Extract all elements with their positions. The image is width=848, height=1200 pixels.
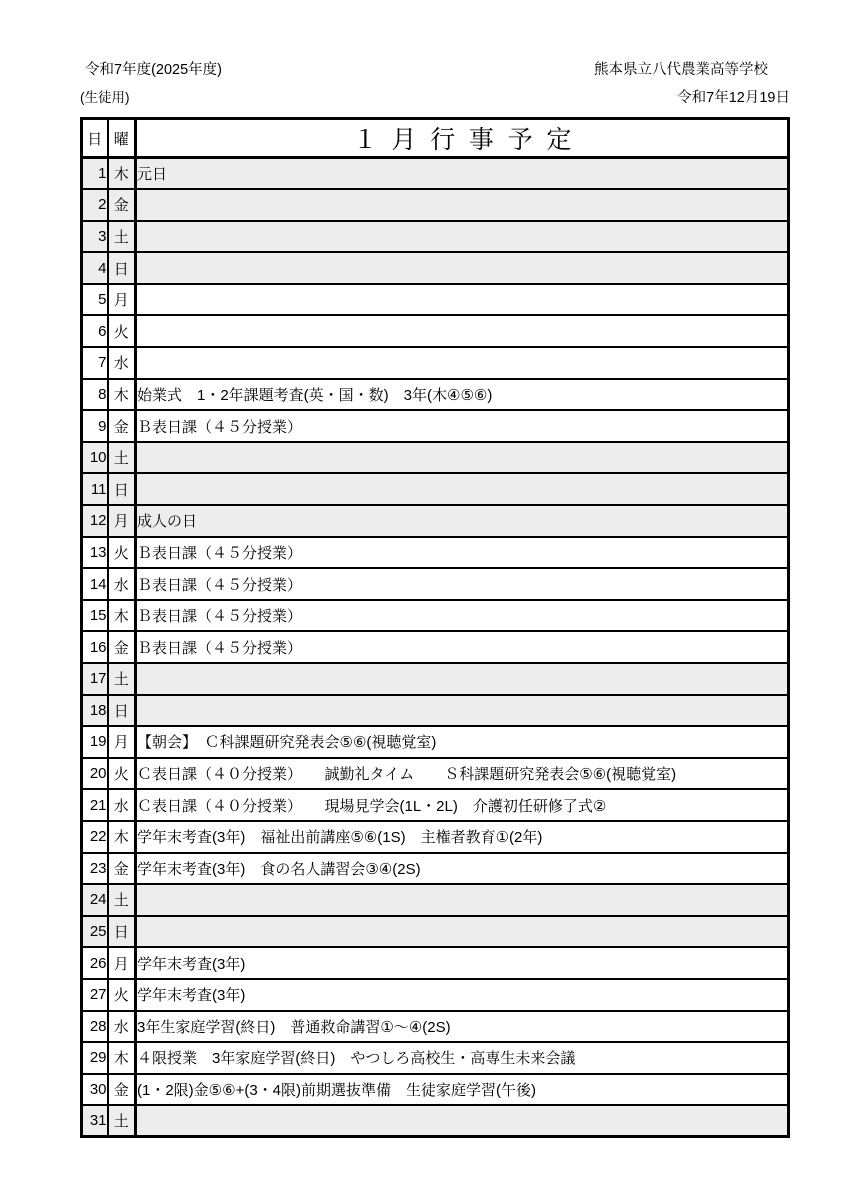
document-header: 令和7年度(2025年度) 熊本県立八代農業高等学校 (生徒用) 令和7年12月… <box>80 60 790 107</box>
event-cell: 3年生家庭学習(終日) 普通救命講習①～④(2S) <box>136 1011 789 1043</box>
weekday-cell: 月 <box>108 505 136 537</box>
day-column-header: 日 <box>82 119 108 158</box>
day-cell: 7 <box>82 347 108 379</box>
day-cell: 22 <box>82 821 108 853</box>
table-row: 15木Ｂ表日課（４５分授業） <box>82 600 789 632</box>
weekday-cell: 木 <box>108 821 136 853</box>
event-cell: Ｃ表日課（４０分授業） 現場見学会(1L・2L) 介護初任研修了式② <box>136 789 789 821</box>
weekday-cell: 土 <box>108 442 136 474</box>
event-cell: 【朝会】 Ｃ科課題研究発表会⑤⑥(視聴覚室) <box>136 726 789 758</box>
weekday-cell: 日 <box>108 473 136 505</box>
day-cell: 29 <box>82 1042 108 1074</box>
table-row: 11日 <box>82 473 789 505</box>
table-row: 3土 <box>82 221 789 253</box>
school-name: 熊本県立八代農業高等学校 <box>594 60 790 80</box>
event-cell <box>136 315 789 347</box>
day-cell: 26 <box>82 947 108 979</box>
weekday-cell: 木 <box>108 1042 136 1074</box>
day-cell: 31 <box>82 1105 108 1137</box>
table-row: 27火学年末考査(3年) <box>82 979 789 1011</box>
event-cell: Ｂ表日課（４５分授業） <box>136 568 789 600</box>
day-cell: 8 <box>82 379 108 411</box>
day-cell: 11 <box>82 473 108 505</box>
event-cell: Ｃ表日課（４０分授業） 誠勤礼タイム Ｓ科課題研究発表会⑤⑥(視聴覚室) <box>136 758 789 790</box>
weekday-cell: 火 <box>108 315 136 347</box>
weekday-cell: 月 <box>108 284 136 316</box>
event-cell: 学年末考査(3年) <box>136 979 789 1011</box>
event-cell: 学年末考査(3年) <box>136 947 789 979</box>
weekday-cell: 土 <box>108 1105 136 1137</box>
event-cell: 学年末考査(3年) 食の名人講習会③④(2S) <box>136 853 789 885</box>
table-row: 7水 <box>82 347 789 379</box>
day-cell: 24 <box>82 884 108 916</box>
day-cell: 12 <box>82 505 108 537</box>
day-cell: 19 <box>82 726 108 758</box>
table-row: 18日 <box>82 695 789 727</box>
event-cell: 元日 <box>136 158 789 190</box>
weekday-cell: 土 <box>108 884 136 916</box>
event-cell <box>136 916 789 948</box>
event-cell <box>136 252 789 284</box>
weekday-cell: 木 <box>108 379 136 411</box>
table-header-row: 日 曜 １月行事予定 <box>82 119 789 158</box>
day-cell: 10 <box>82 442 108 474</box>
day-cell: 3 <box>82 221 108 253</box>
day-cell: 20 <box>82 758 108 790</box>
day-cell: 18 <box>82 695 108 727</box>
event-cell: Ｂ表日課（４５分授業） <box>136 410 789 442</box>
weekday-cell: 金 <box>108 410 136 442</box>
event-cell <box>136 284 789 316</box>
weekday-cell: 金 <box>108 631 136 663</box>
event-cell: Ｂ表日課（４５分授業） <box>136 537 789 569</box>
weekday-cell: 月 <box>108 726 136 758</box>
table-row: 25日 <box>82 916 789 948</box>
table-row: 5月 <box>82 284 789 316</box>
day-cell: 15 <box>82 600 108 632</box>
event-cell: Ｂ表日課（４５分授業） <box>136 600 789 632</box>
table-row: 21水Ｃ表日課（４０分授業） 現場見学会(1L・2L) 介護初任研修了式② <box>82 789 789 821</box>
event-cell <box>136 1105 789 1137</box>
weekday-cell: 金 <box>108 1074 136 1106</box>
table-row: 6火 <box>82 315 789 347</box>
day-cell: 17 <box>82 663 108 695</box>
weekday-cell: 水 <box>108 347 136 379</box>
table-row: 24土 <box>82 884 789 916</box>
table-row: 14水Ｂ表日課（４５分授業） <box>82 568 789 600</box>
weekday-cell: 火 <box>108 758 136 790</box>
event-cell <box>136 221 789 253</box>
weekday-cell: 月 <box>108 947 136 979</box>
day-cell: 21 <box>82 789 108 821</box>
weekday-cell: 金 <box>108 189 136 221</box>
weekday-column-header: 曜 <box>108 119 136 158</box>
day-cell: 2 <box>82 189 108 221</box>
event-cell: (1・2限)金⑤⑥+(3・4限)前期選抜準備 生徒家庭学習(午後) <box>136 1074 789 1106</box>
table-row: 16金Ｂ表日課（４５分授業） <box>82 631 789 663</box>
weekday-cell: 木 <box>108 158 136 190</box>
day-cell: 5 <box>82 284 108 316</box>
table-row: 31土 <box>82 1105 789 1137</box>
table-row: 20火Ｃ表日課（４０分授業） 誠勤礼タイム Ｓ科課題研究発表会⑤⑥(視聴覚室) <box>82 758 789 790</box>
document-page: 令和7年度(2025年度) 熊本県立八代農業高等学校 (生徒用) 令和7年12月… <box>0 0 848 1200</box>
schedule-table: 日 曜 １月行事予定 1木元日2金3土4日5月6火7水8木始業式 1・2年課題考… <box>80 117 790 1138</box>
weekday-cell: 水 <box>108 789 136 821</box>
table-row: 2金 <box>82 189 789 221</box>
table-row: 30金(1・2限)金⑤⑥+(3・4限)前期選抜準備 生徒家庭学習(午後) <box>82 1074 789 1106</box>
event-cell <box>136 473 789 505</box>
table-row: 9金Ｂ表日課（４５分授業） <box>82 410 789 442</box>
event-cell <box>136 663 789 695</box>
weekday-cell: 水 <box>108 568 136 600</box>
event-cell: 始業式 1・2年課題考査(英・国・数) 3年(木④⑤⑥) <box>136 379 789 411</box>
day-cell: 16 <box>82 631 108 663</box>
table-row: 26月学年末考査(3年) <box>82 947 789 979</box>
issue-date: 令和7年12月19日 <box>677 89 790 107</box>
day-cell: 9 <box>82 410 108 442</box>
weekday-cell: 木 <box>108 600 136 632</box>
day-cell: 13 <box>82 537 108 569</box>
event-cell: ４限授業 3年家庭学習(終日) やつしろ高校生・高専生未来会議 <box>136 1042 789 1074</box>
day-cell: 1 <box>82 158 108 190</box>
day-cell: 23 <box>82 853 108 885</box>
table-row: 28水3年生家庭学習(終日) 普通救命講習①～④(2S) <box>82 1011 789 1043</box>
event-cell <box>136 189 789 221</box>
day-cell: 28 <box>82 1011 108 1043</box>
weekday-cell: 火 <box>108 979 136 1011</box>
table-row: 4日 <box>82 252 789 284</box>
table-row: 12月成人の日 <box>82 505 789 537</box>
table-row: 22木学年末考査(3年) 福祉出前講座⑤⑥(1S) 主権者教育①(2年) <box>82 821 789 853</box>
table-row: 19月【朝会】 Ｃ科課題研究発表会⑤⑥(視聴覚室) <box>82 726 789 758</box>
table-row: 23金学年末考査(3年) 食の名人講習会③④(2S) <box>82 853 789 885</box>
weekday-cell: 土 <box>108 663 136 695</box>
event-cell: Ｂ表日課（４５分授業） <box>136 631 789 663</box>
table-row: 1木元日 <box>82 158 789 190</box>
day-cell: 6 <box>82 315 108 347</box>
table-row: 8木始業式 1・2年課題考査(英・国・数) 3年(木④⑤⑥) <box>82 379 789 411</box>
weekday-cell: 日 <box>108 916 136 948</box>
table-row: 10土 <box>82 442 789 474</box>
table-row: 17土 <box>82 663 789 695</box>
audience-label: (生徒用) <box>80 89 130 107</box>
schedule-title: １月行事予定 <box>136 119 789 158</box>
event-cell: 学年末考査(3年) 福祉出前講座⑤⑥(1S) 主権者教育①(2年) <box>136 821 789 853</box>
day-cell: 27 <box>82 979 108 1011</box>
weekday-cell: 火 <box>108 537 136 569</box>
day-cell: 30 <box>82 1074 108 1106</box>
fiscal-year-label: 令和7年度(2025年度) <box>80 60 222 80</box>
table-row: 13火Ｂ表日課（４５分授業） <box>82 537 789 569</box>
event-cell: 成人の日 <box>136 505 789 537</box>
event-cell <box>136 442 789 474</box>
day-cell: 4 <box>82 252 108 284</box>
weekday-cell: 日 <box>108 252 136 284</box>
weekday-cell: 土 <box>108 221 136 253</box>
weekday-cell: 日 <box>108 695 136 727</box>
event-cell <box>136 695 789 727</box>
weekday-cell: 水 <box>108 1011 136 1043</box>
event-cell <box>136 884 789 916</box>
table-row: 29木４限授業 3年家庭学習(終日) やつしろ高校生・高専生未来会議 <box>82 1042 789 1074</box>
weekday-cell: 金 <box>108 853 136 885</box>
day-cell: 25 <box>82 916 108 948</box>
event-cell <box>136 347 789 379</box>
day-cell: 14 <box>82 568 108 600</box>
schedule-table-body: 1木元日2金3土4日5月6火7水8木始業式 1・2年課題考査(英・国・数) 3年… <box>82 158 789 1137</box>
